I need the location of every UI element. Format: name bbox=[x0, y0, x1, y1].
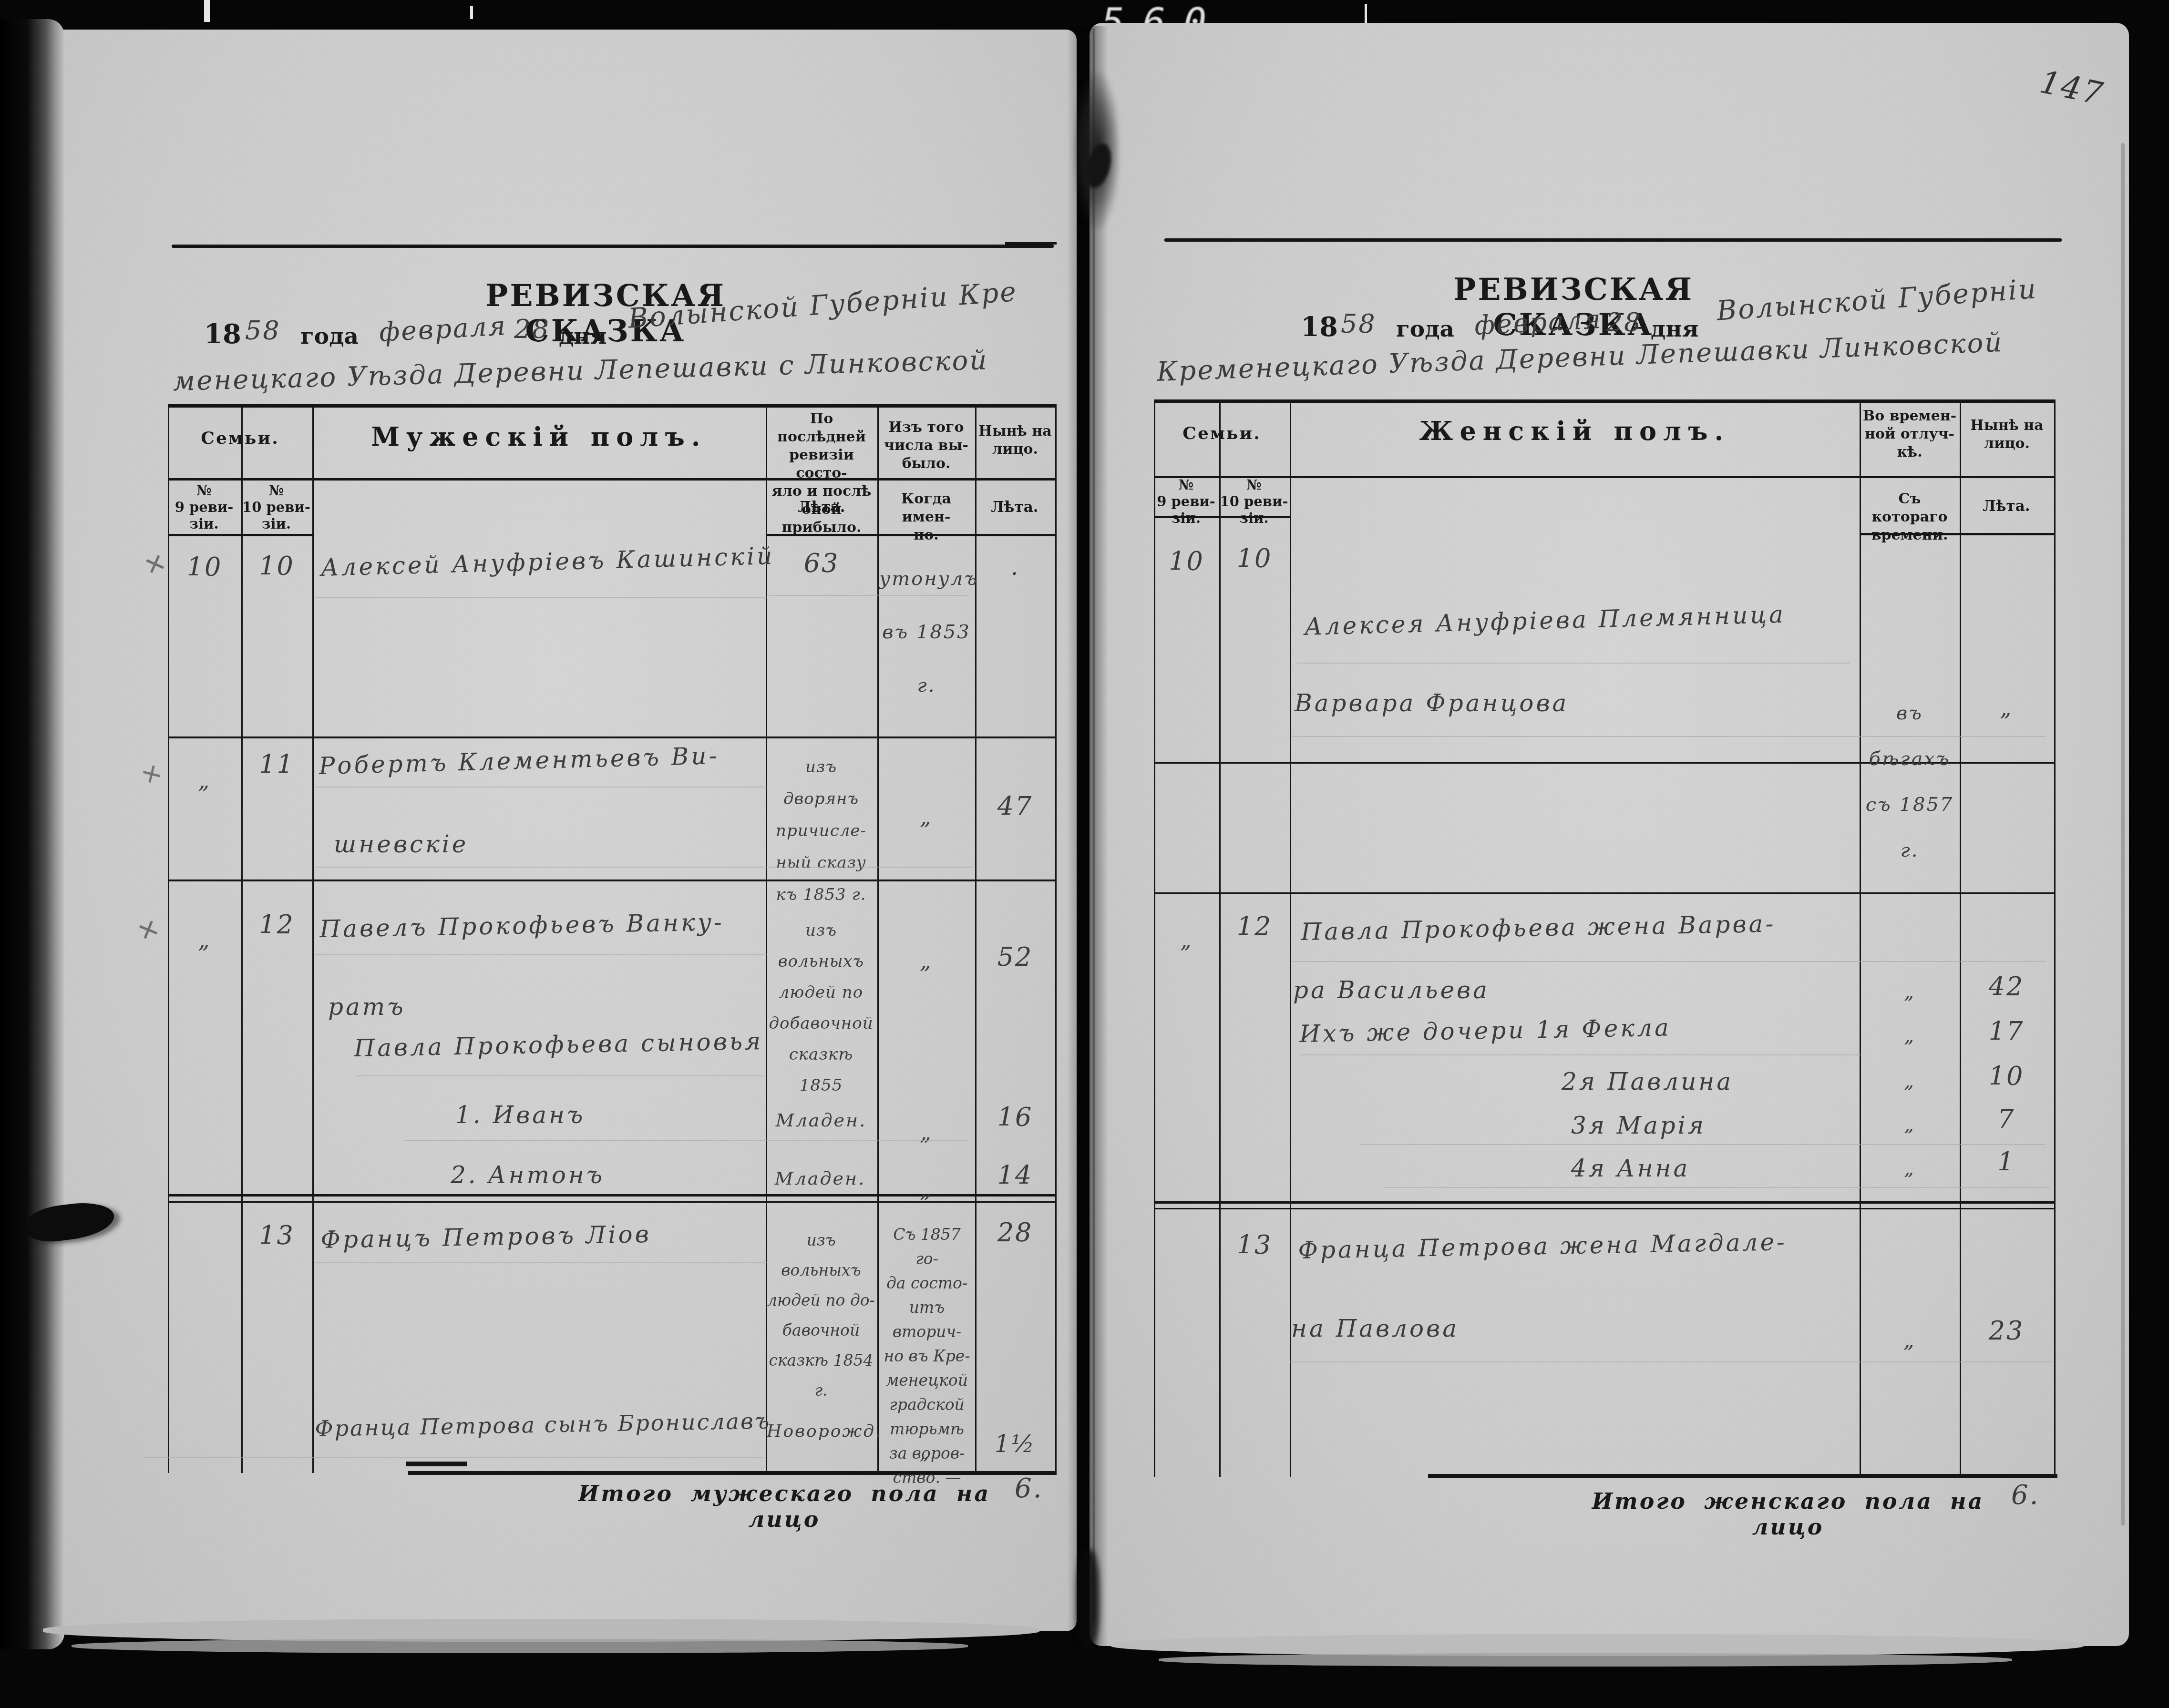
right-r13-since: „ bbox=[1886, 1328, 1933, 1352]
left-subheader-age2: Лѣта. bbox=[975, 499, 1054, 516]
right-r10-age: „ bbox=[1960, 695, 2053, 721]
right-page bbox=[1090, 23, 2129, 1646]
right-r10-name-line2: Варвара Францова bbox=[1295, 689, 1569, 717]
left-r12-age-son2: Младен. bbox=[766, 1168, 874, 1189]
left-r12-present-son2: 14 bbox=[975, 1160, 1055, 1190]
left-r13-age-note: изъ вольныхъ людей по до- бавочной сказк… bbox=[766, 1225, 876, 1405]
pencil-rule bbox=[315, 787, 768, 788]
right-header-family: Семьи. bbox=[1154, 423, 1290, 443]
right-r12-daughter4: 4я Анна bbox=[1571, 1155, 1690, 1182]
left-r10-when: утонулъ въ 1853 г. bbox=[879, 552, 974, 712]
scan-artifact bbox=[204, 0, 210, 22]
right-date-day-handwritten: 28 bbox=[1606, 307, 1642, 338]
right-header-female-sex: Женскій полъ. bbox=[1290, 416, 1860, 446]
left-subheader-when: Когда имен- но. bbox=[878, 490, 974, 544]
left-header-last-revision: По послѣдней ревизіи состо- яло и послѣ … bbox=[767, 410, 876, 537]
right-subheader-rev10: № 10 реви- зіи. bbox=[1219, 477, 1289, 527]
left-top-rule-2 bbox=[1005, 242, 1057, 245]
grid-line bbox=[2054, 399, 2056, 1477]
right-r12-age3: 10 bbox=[1960, 1061, 2053, 1091]
right-r12-daughter2: 2я Павлина bbox=[1562, 1068, 1733, 1095]
left-r12-when3: „ bbox=[877, 1176, 975, 1202]
right-header-present: Нынѣ на лицо. bbox=[1961, 417, 2053, 453]
right-r13-age: 23 bbox=[1960, 1316, 2053, 1346]
left-r12-present-son1: 16 bbox=[975, 1102, 1055, 1132]
left-subheader-age: Лѣта. bbox=[766, 499, 877, 516]
left-r10-rev10: 10 bbox=[241, 551, 312, 581]
grid-line bbox=[168, 404, 1057, 408]
grid-line bbox=[1055, 404, 1057, 1473]
left-footer-rule-small bbox=[406, 1462, 467, 1466]
right-r12-since5: „ bbox=[1886, 1157, 1933, 1179]
grid-line bbox=[168, 534, 312, 536]
grid-line bbox=[1154, 476, 2055, 478]
grid-line bbox=[168, 880, 1057, 881]
left-date-goda: года bbox=[300, 323, 359, 349]
grid-line bbox=[1154, 1208, 2055, 1209]
left-total-label: Итого мужескаго пола на лицо bbox=[563, 1481, 1006, 1532]
left-r11-rev9: „ bbox=[168, 767, 241, 793]
right-r12-since1: „ bbox=[1886, 981, 1933, 1003]
right-r12-since3: „ bbox=[1886, 1070, 1933, 1092]
grid-line bbox=[1154, 399, 2055, 403]
gutter-shadow bbox=[1067, 26, 1108, 1647]
right-r12-name-line2: ра Васильева bbox=[1293, 976, 1490, 1004]
pencil-rule bbox=[315, 867, 973, 868]
right-subheader-age: Лѣта. bbox=[1960, 498, 2053, 515]
left-top-rule bbox=[172, 245, 1054, 248]
left-total-value-handwritten: 6. bbox=[1015, 1473, 1043, 1504]
right-r12-rev10: 12 bbox=[1219, 911, 1290, 941]
pencil-rule bbox=[1292, 736, 2046, 737]
left-subheader-rev9: № 9 реви- зіи. bbox=[168, 482, 240, 532]
grid-line bbox=[1154, 892, 2055, 894]
left-r11-when: „ bbox=[877, 804, 975, 829]
grid-line bbox=[1960, 399, 1961, 1477]
left-r13-present: 28 bbox=[975, 1217, 1055, 1248]
right-top-rule bbox=[1164, 238, 2062, 242]
pencil-rule bbox=[1297, 663, 1850, 664]
grid-line bbox=[168, 736, 1057, 738]
pencil-rule bbox=[315, 1262, 768, 1263]
right-date-year-handwritten: 58 bbox=[1341, 309, 1377, 339]
pencil-rule bbox=[405, 1140, 968, 1141]
left-r11-name-line2: шневскіе bbox=[334, 830, 468, 858]
right-date-goda: года bbox=[1396, 316, 1454, 342]
right-r13-name-line2: на Павлова bbox=[1291, 1315, 1459, 1342]
right-r12-daughter3: 3я Марія bbox=[1571, 1112, 1706, 1139]
right-r12-since2: „ bbox=[1886, 1025, 1933, 1047]
left-r10-age: 63 bbox=[766, 548, 877, 578]
left-r11-present: 47 bbox=[975, 791, 1055, 821]
left-r12-rev9: „ bbox=[168, 927, 241, 953]
left-date-day-handwritten: 28 bbox=[514, 314, 550, 344]
pencil-rule bbox=[315, 597, 768, 598]
left-r12-son1: 1. Иванъ bbox=[455, 1101, 585, 1129]
right-footer-rule bbox=[1428, 1474, 2057, 1478]
pencil-rule bbox=[1290, 1361, 2053, 1362]
page-stack-edge bbox=[1159, 1653, 2012, 1667]
right-r12-rev9: „ bbox=[1154, 929, 1219, 953]
grid-line bbox=[312, 404, 314, 1473]
left-r12-when1: „ bbox=[877, 948, 975, 973]
grid-line bbox=[1860, 399, 1861, 1477]
left-r13-name-line1: Францъ Петровъ Ліов bbox=[320, 1220, 651, 1254]
page-stack-edge bbox=[43, 1619, 1039, 1642]
left-header-male-sex: Мужескій полъ. bbox=[312, 421, 766, 452]
left-r13-when-son: „ bbox=[901, 1442, 949, 1463]
pencil-rule bbox=[1359, 1144, 2046, 1145]
pencil-rule bbox=[355, 1075, 765, 1076]
grid-line bbox=[877, 404, 879, 1473]
grid-line bbox=[1154, 1201, 2055, 1204]
right-r10-rev9: 10 bbox=[1154, 546, 1219, 576]
right-header-absence: Во времен- ной отлуч- кѣ. bbox=[1861, 407, 1959, 461]
left-r12-present: 52 bbox=[975, 942, 1055, 972]
gutter-crease bbox=[1093, 29, 1095, 1621]
pencil-rule bbox=[1383, 1187, 2050, 1188]
left-r10-rev9: 10 bbox=[168, 552, 241, 582]
right-date-prefix: 18 bbox=[1301, 311, 1338, 343]
left-header-present: Нынѣ на лицо. bbox=[976, 422, 1054, 459]
scanned-book-spread: 560 РЕВИЗСКАЯ СКАЗКА 18 58 года февраля … bbox=[0, 0, 2169, 1708]
gutter-bottom-shadow bbox=[1077, 1549, 1100, 1649]
pencil-rule bbox=[1292, 961, 2046, 962]
pencil-rule bbox=[143, 1457, 763, 1458]
right-r13-rev10: 13 bbox=[1219, 1230, 1290, 1260]
left-header-family: Семьи. bbox=[168, 428, 312, 448]
right-r10-since: въ бѣгахъ съ 1857 г. bbox=[1862, 690, 1957, 873]
left-r13-age-son: Новорожд. bbox=[767, 1422, 876, 1441]
right-r10-rev10: 10 bbox=[1219, 543, 1290, 573]
right-r12-age5: 1 bbox=[1960, 1147, 2053, 1177]
left-subheader-rev10: № 10 реви- зіи. bbox=[241, 482, 311, 532]
pencil-rule bbox=[315, 954, 768, 955]
left-date-year-handwritten: 58 bbox=[245, 316, 281, 346]
right-total-label: Итого женскаго пола на лицо bbox=[1566, 1488, 2010, 1540]
left-r11-rev10: 11 bbox=[241, 749, 312, 779]
grid-line bbox=[168, 478, 1057, 481]
left-r12-name-line2: ратъ bbox=[328, 993, 406, 1021]
left-date-prefix: 18 bbox=[204, 318, 241, 350]
right-subheader-rev9: № 9 реви- зіи. bbox=[1154, 477, 1218, 527]
right-subheader-since: Съ котораго времени. bbox=[1861, 490, 1959, 544]
left-r13-rev10: 13 bbox=[241, 1220, 312, 1250]
pencil-rule bbox=[1299, 1054, 1862, 1055]
book-binding-edge bbox=[0, 19, 64, 1649]
left-date-dnya: дня bbox=[559, 323, 606, 349]
left-r12-age-note: изъ вольныхъ людей по добавочной сказкѣ … bbox=[767, 915, 875, 1101]
left-r12-son2: 2. Антонъ bbox=[451, 1161, 605, 1189]
right-r12-age4: 7 bbox=[1960, 1104, 2053, 1134]
page-stack-edge bbox=[72, 1639, 968, 1653]
right-r12-age2: 17 bbox=[1960, 1016, 2053, 1046]
left-r11-age-note: изъ дворянъ причисле- ный сказу къ 1853 … bbox=[767, 751, 875, 911]
right-r12-since4: „ bbox=[1886, 1114, 1933, 1135]
left-r12-age-son1: Младен. bbox=[767, 1110, 875, 1131]
scan-artifact bbox=[470, 6, 473, 19]
left-r10-present: . bbox=[975, 553, 1055, 581]
left-header-departed: Изъ того числа вы- было. bbox=[878, 419, 974, 473]
right-total-value-handwritten: 6. bbox=[2011, 1480, 2039, 1511]
left-r12-rev10: 12 bbox=[241, 910, 312, 940]
right-r12-age1: 42 bbox=[1960, 972, 2053, 1002]
left-r13-present-son: 1½ bbox=[975, 1430, 1055, 1458]
pencil-rule bbox=[769, 595, 969, 596]
page-edge-highlight bbox=[2121, 143, 2125, 1525]
